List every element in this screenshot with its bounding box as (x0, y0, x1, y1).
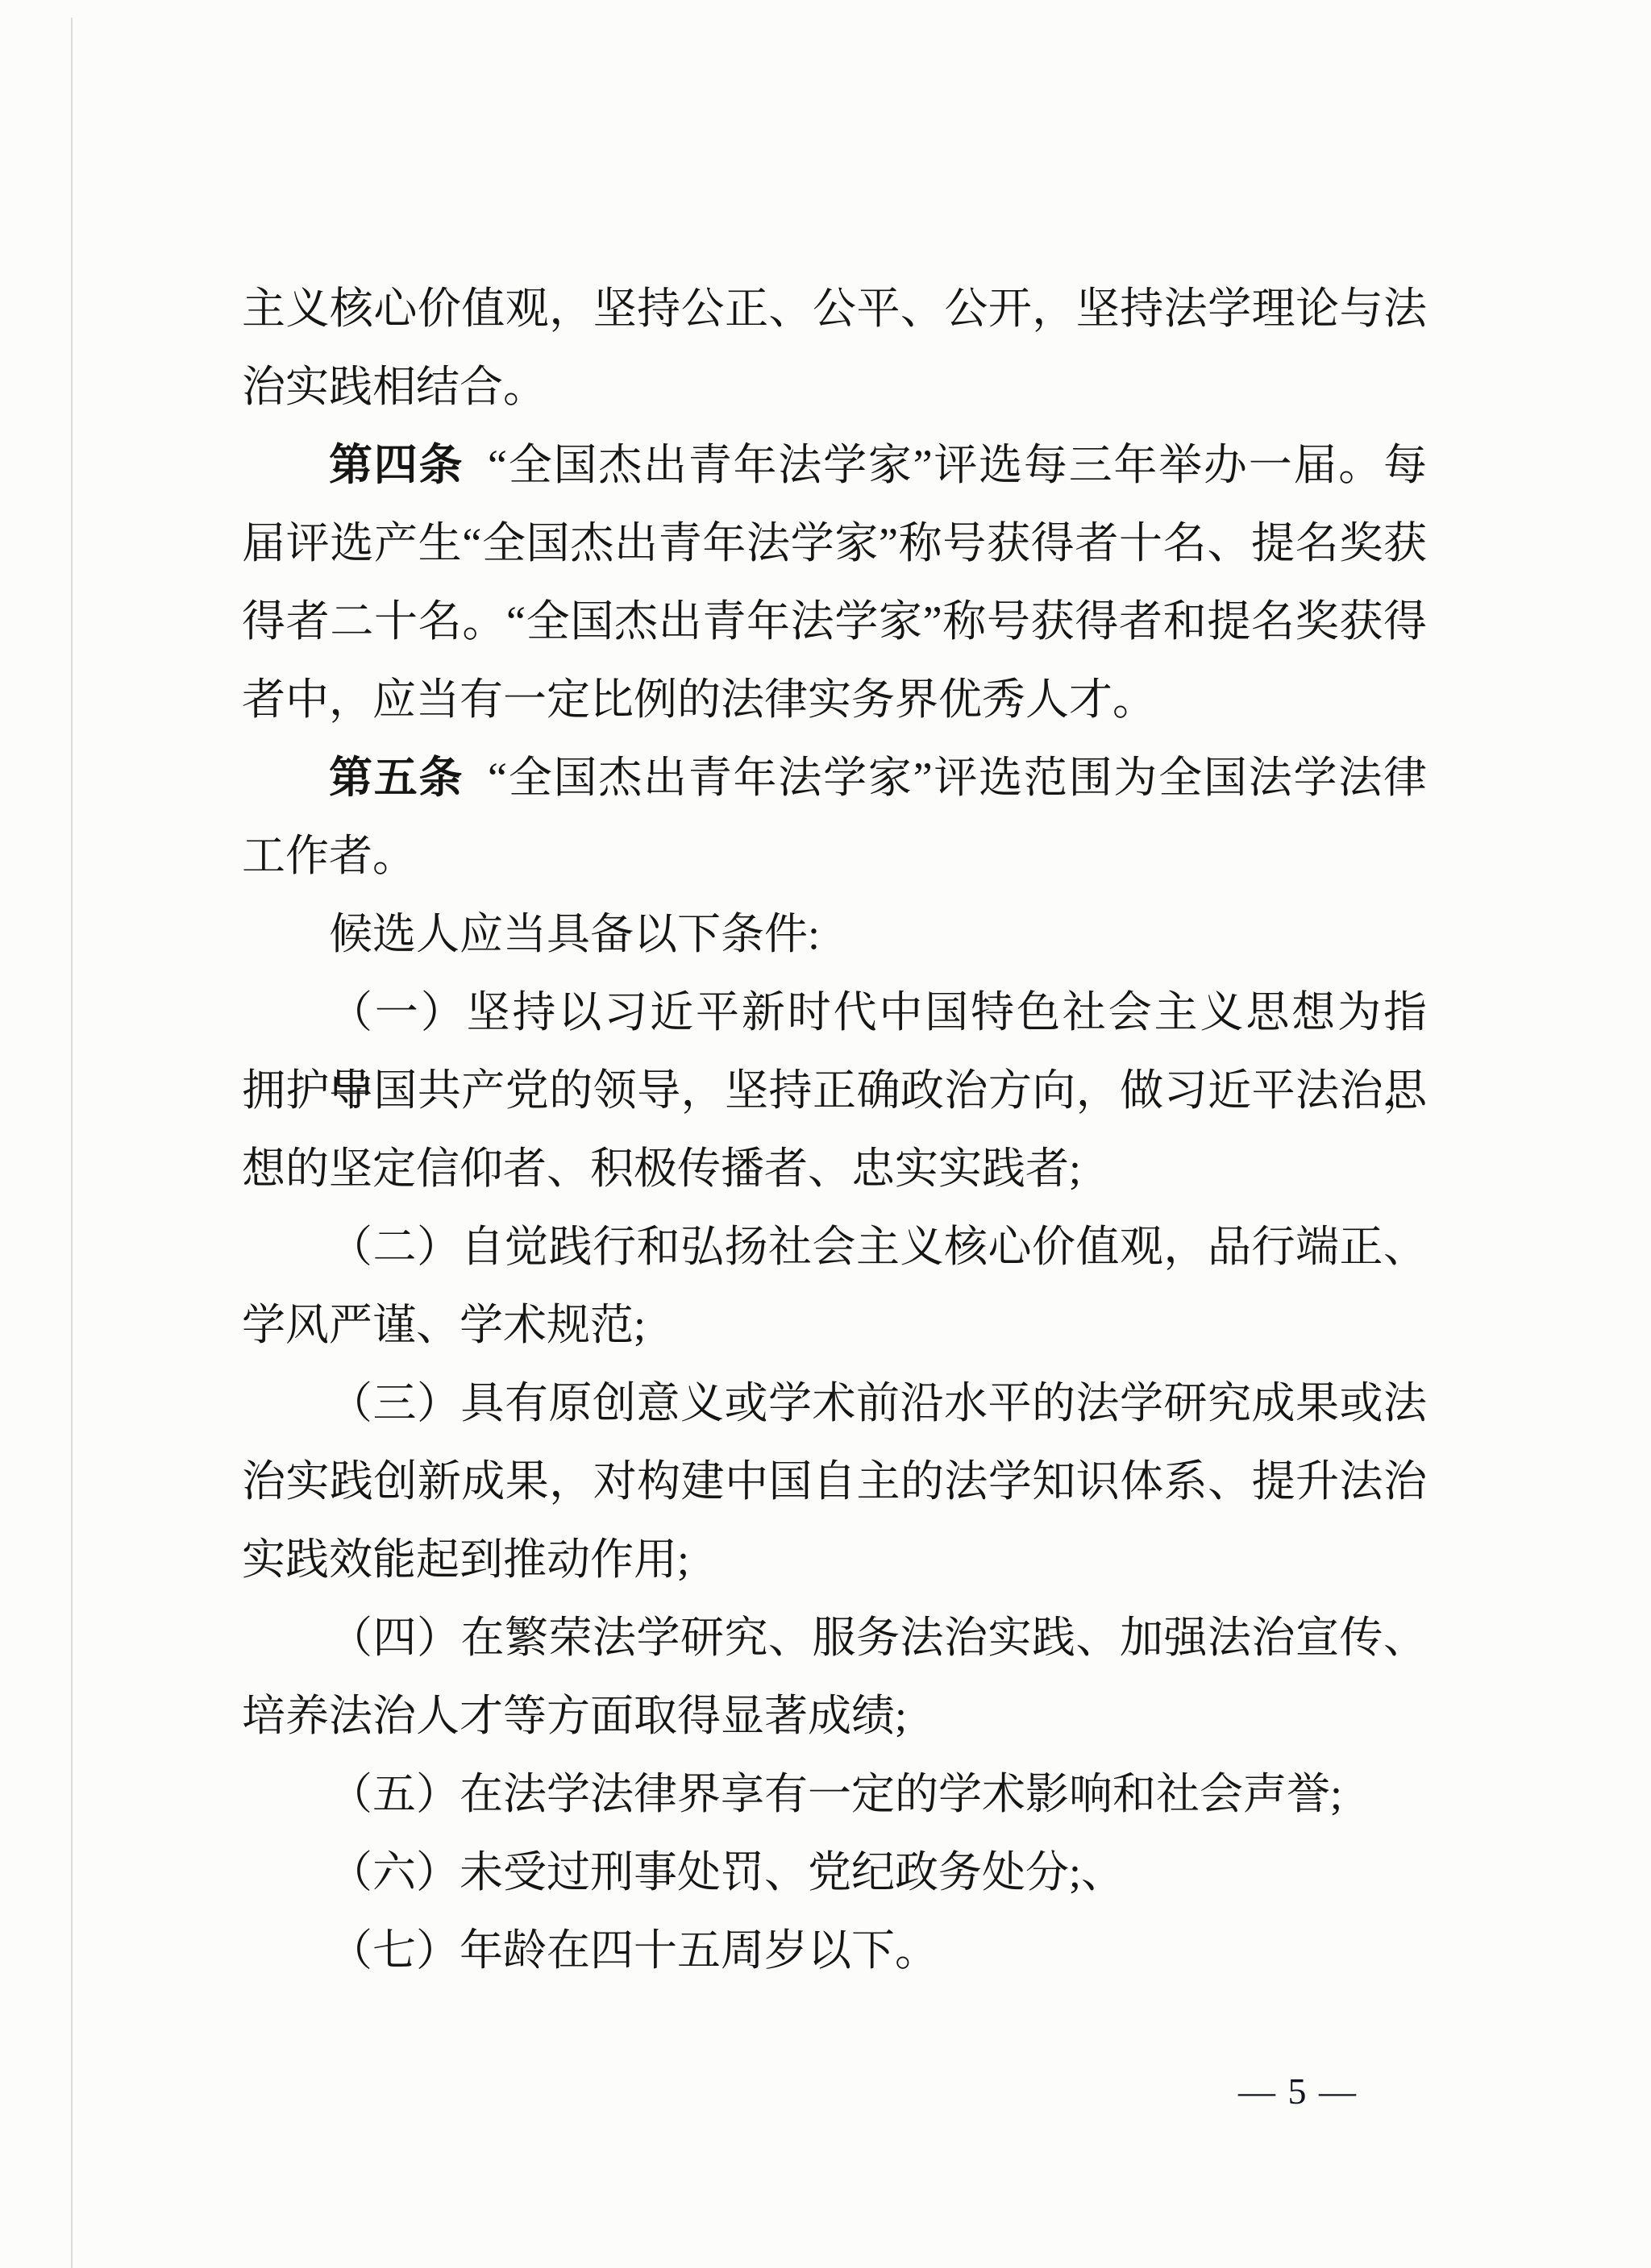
document-body: 主义核心价值观，坚持公正、公平、公开，坚持法学理论与法 治实践相结合。 第四条“… (242, 270, 1427, 1990)
body-line: 主义核心价值观，坚持公正、公平、公开，坚持法学理论与法 (242, 270, 1427, 348)
body-line: 实践效能起到推动作用; (242, 1521, 1427, 1599)
body-line: 届评选产生“全国杰出青年法学家”称号获得者十名、提名奖获 (242, 505, 1427, 583)
body-line: 培养法治人才等方面取得显著成绩; (242, 1677, 1427, 1755)
condition-7-line: （七）年龄在四十五周岁以下。 (242, 1912, 1427, 1990)
page-number: — 5 — (1205, 2063, 1391, 2120)
article-4-number: 第四条 (329, 441, 464, 489)
body-line: 治实践相结合。 (242, 348, 1427, 426)
body-line: 候选人应当具备以下条件: (242, 895, 1427, 974)
body-line: 拥护中国共产党的领导，坚持正确政治方向，做习近平法治思 (242, 1052, 1427, 1130)
article-5-number: 第五条 (329, 754, 464, 802)
body-line: 学风严谨、学术规范; (242, 1286, 1427, 1365)
scanned-document-page: 主义核心价值观，坚持公正、公平、公开，坚持法学理论与法 治实践相结合。 第四条“… (0, 0, 1651, 2268)
body-line: 者中，应当有一定比例的法律实务界优秀人才。 (242, 661, 1427, 739)
condition-6-line: （六）未受过刑事处罚、党纪政务处分;、 (242, 1834, 1427, 1912)
condition-1-line: （一）坚持以习近平新时代中国特色社会主义思想为指导， (242, 974, 1427, 1052)
article-4-text: “全国杰出青年法学家”评选每三年举办一届。每 (488, 441, 1427, 489)
article-5-text: “全国杰出青年法学家”评选范围为全国法学法律 (488, 754, 1427, 802)
body-line: 得者二十名。“全国杰出青年法学家”称号获得者和提名奖获得 (242, 583, 1427, 661)
condition-3-line: （三）具有原创意义或学术前沿水平的法学研究成果或法 (242, 1365, 1427, 1443)
article-5-line: 第五条“全国杰出青年法学家”评选范围为全国法学法律 (242, 739, 1427, 817)
condition-5-line: （五）在法学法律界享有一定的学术影响和社会声誉; (242, 1755, 1427, 1834)
condition-2-line: （二）自觉践行和弘扬社会主义核心价值观，品行端正、 (242, 1208, 1427, 1286)
condition-4-line: （四）在繁荣法学研究、服务法治实践、加强法治宣传、 (242, 1599, 1427, 1677)
scan-edge-artifact (71, 18, 73, 2268)
article-4-line: 第四条“全国杰出青年法学家”评选每三年举办一届。每 (242, 426, 1427, 505)
body-line: 想的坚定信仰者、积极传播者、忠实实践者; (242, 1130, 1427, 1208)
body-line: 工作者。 (242, 817, 1427, 895)
body-line: 治实践创新成果，对构建中国自主的法学知识体系、提升法治 (242, 1443, 1427, 1521)
